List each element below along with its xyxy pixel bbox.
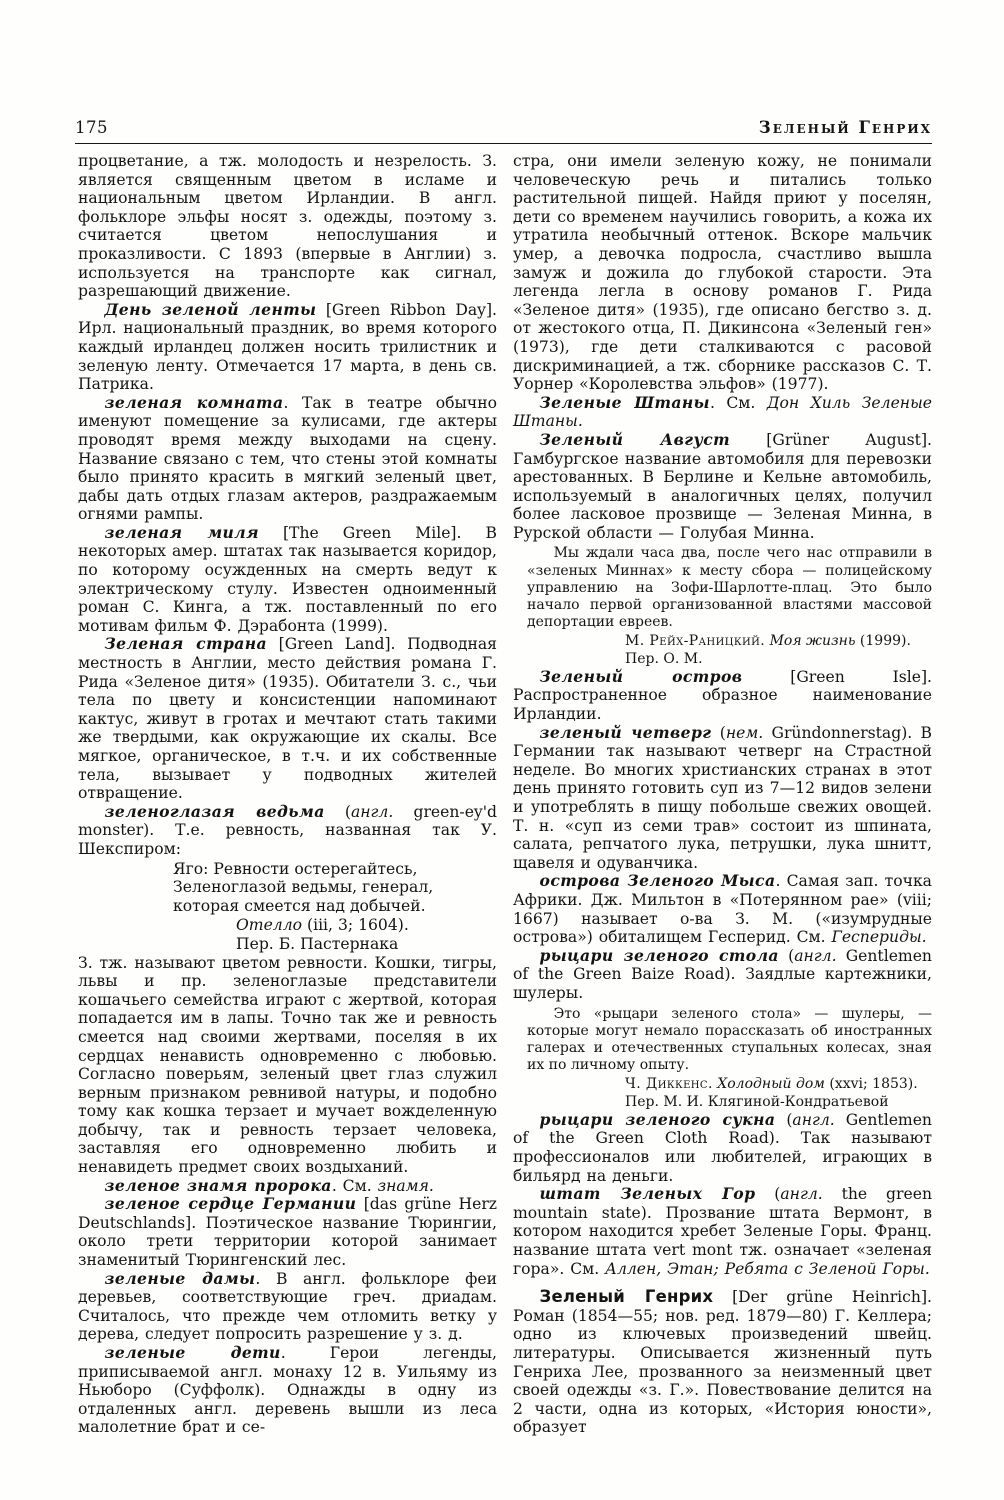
attribution-line: Отелло (iii, 3; 1604). xyxy=(236,916,497,935)
text-run: ( xyxy=(325,803,351,821)
entry-paragraph: зеленоглазая ведьма (англ. green-ey'd mo… xyxy=(78,803,497,859)
entry-paragraph: зеленые дамы. В англ. фольклоре феи дере… xyxy=(78,1270,497,1344)
italic-run: Аллен, Этан; Ребята с Зеленой Горы. xyxy=(605,1260,930,1278)
entry-paragraph: зеленое сердце Германии [das grüne Herz … xyxy=(78,1195,497,1269)
column-right: стра, они имели зеленую кожу, не понимал… xyxy=(513,152,932,1437)
entry-paragraph: рыцари зеленого стола (англ. Gentlemen o… xyxy=(513,947,932,1003)
entry-paragraph: Зеленый остров [Green Isle]. Распростран… xyxy=(513,668,932,724)
running-title: Зеленый Генрих xyxy=(759,118,932,138)
entry-paragraph: зеленые дети. Герои легенды, приписываем… xyxy=(78,1344,497,1437)
attribution-line: Пер. Б. Пастернака xyxy=(236,935,497,954)
entry-paragraph: штат Зеленых Гор (англ. the green mounta… xyxy=(513,1185,932,1278)
sub-headword: зеленая комната xyxy=(105,393,284,412)
sub-headword: острова Зеленого Мыса xyxy=(540,871,776,890)
sub-headword: Зеленые Штаны xyxy=(540,393,710,412)
entry-paragraph: З. тж. называют цветом ревности. Кошки, … xyxy=(78,954,497,1177)
small-print-quote: Это «рыцари зеленого стола» — шулеры, — … xyxy=(513,1006,932,1075)
entry-paragraph: День зеленой ленты [Green Ribbon Day]. И… xyxy=(78,301,497,394)
sub-headword: зеленый четверг xyxy=(540,723,712,742)
verse-quote: Яго: Ревности остерегайтесь,Зеленоглазой… xyxy=(78,860,497,916)
attribution-line: Пер. М. И. Клягиной-Кондратьевой xyxy=(625,1094,932,1111)
quote-attribution: Отелло (iii, 3; 1604).Пер. Б. Пастернака xyxy=(78,916,497,953)
italic-run: англ. xyxy=(792,1111,834,1129)
sub-headword: зеленые дети xyxy=(105,1343,281,1362)
quote-attribution: М. Рейх-Раницкий. Моя жизнь (1999).Пер. … xyxy=(513,633,932,667)
verse-line: Яго: Ревности остерегайтесь, xyxy=(173,860,497,879)
sub-headword: День зеленой ленты xyxy=(105,300,317,319)
text-run: . См. xyxy=(710,394,767,412)
text-run: ( xyxy=(779,947,794,965)
entry-paragraph: зеленая комната. Так в театре обычно име… xyxy=(78,394,497,524)
small-print-quote: Мы ждали часа два, после чего нас отправ… xyxy=(513,545,932,631)
entry-paragraph: Зеленые Штаны. См. Дон Хиль Зеленые Штан… xyxy=(513,394,932,431)
text-run: З. тж. называют цветом ревности. Кошки, … xyxy=(78,954,497,1177)
sub-headword: зеленоглазая ведьма xyxy=(105,802,325,821)
sub-headword: зеленая миля xyxy=(105,523,259,542)
text-run: . Так в театре обычно именуют помещение … xyxy=(78,394,497,524)
italic-run: Отелло xyxy=(236,916,302,934)
text-columns: процветание, а тж. молодость и незрелост… xyxy=(78,152,932,1437)
smallcaps-run: М. Рейх-Раницкий. xyxy=(625,633,765,649)
entry-paragraph: Зеленая страна [Green Land]. Подводная м… xyxy=(78,635,497,802)
text-run: ( xyxy=(711,724,725,742)
quote-attribution: Ч. Диккенс. Холодный дом (xxvi; 1853).Пе… xyxy=(513,1076,932,1110)
text-run: Мы ждали часа два, после чего нас отправ… xyxy=(527,545,932,630)
entry-paragraph: процветание, а тж. молодость и незрелост… xyxy=(78,152,497,301)
italic-run: Моя жизнь xyxy=(770,633,856,649)
text-run: [Green Land]. Подводная местность в Англ… xyxy=(78,635,497,802)
sub-headword: зеленые дамы xyxy=(105,1269,256,1288)
attribution-line: М. Рейх-Раницкий. Моя жизнь (1999). xyxy=(625,633,932,650)
italic-run: знамя. xyxy=(378,1177,434,1195)
entry-paragraph: зеленая миля [The Green Mile]. В некотор… xyxy=(78,524,497,636)
entry-paragraph: острова Зеленого Мыса. Самая зап. точка … xyxy=(513,872,932,946)
italic-run: англ. xyxy=(351,803,393,821)
text-run: (xxvi; 1853). xyxy=(825,1076,918,1092)
text-run: Пер. Б. Пастернака xyxy=(236,935,398,953)
entry-paragraph: Зеленый Август [Grüner August]. Гамбургс… xyxy=(513,431,932,543)
header-rule xyxy=(75,143,932,144)
sub-headword: Зеленая страна xyxy=(105,634,268,653)
sub-headword: штат Зеленых Гор xyxy=(540,1184,756,1203)
text-run: (iii, 3; 1604). xyxy=(302,916,409,934)
page-header: 175 Зеленый Генрих xyxy=(75,118,932,138)
italic-run: англ. xyxy=(794,947,836,965)
italic-run: Геспериды. xyxy=(832,928,927,946)
text-run: . См. xyxy=(332,1177,378,1195)
verse-line: Зеленоглазой ведьмы, генерал, xyxy=(173,878,497,897)
entry-paragraph: зеленый четверг (нем. Gründonnerstag). В… xyxy=(513,724,932,873)
text-run: (1999). xyxy=(855,633,910,649)
entry-headword: Зеленый Генрих xyxy=(540,1287,714,1306)
attribution-line: Ч. Диккенс. Холодный дом (xxvi; 1853). xyxy=(625,1076,932,1093)
sub-headword: Зеленый остров xyxy=(540,667,743,686)
attribution-line: Пер. О. М. xyxy=(625,651,932,668)
sub-headword: рыцари зеленого стола xyxy=(540,946,779,965)
text-run: Это «рыцари зеленого стола» — шулеры, — … xyxy=(527,1006,932,1074)
text-run: ( xyxy=(755,1185,780,1203)
text-run: ( xyxy=(775,1111,792,1129)
smallcaps-run: Ч. Диккенс. xyxy=(625,1076,713,1092)
italic-run: англ. xyxy=(780,1185,822,1203)
italic-run: Холодный дом xyxy=(717,1076,825,1092)
italic-run: нем. xyxy=(726,724,763,742)
sub-headword: рыцари зеленого сукна xyxy=(540,1110,776,1129)
sub-headword: Зеленый Август xyxy=(540,430,730,449)
text-run: Пер. М. И. Клягиной-Кондратьевой xyxy=(625,1094,889,1110)
entry-paragraph: стра, они имели зеленую кожу, не понимал… xyxy=(513,152,932,394)
text-run: Gründonnerstag). В Германии так называют… xyxy=(513,724,932,872)
sub-headword: зеленое сердце Германии xyxy=(105,1194,357,1213)
entry-paragraph: Зеленый Генрих [Der grüne Heinrich]. Ром… xyxy=(513,1288,932,1437)
page-number: 175 xyxy=(75,118,108,138)
text-run: стра, они имели зеленую кожу, не понимал… xyxy=(513,152,932,393)
entry-paragraph: рыцари зеленого сукна (англ. Gentlemen o… xyxy=(513,1111,932,1185)
text-run: Пер. О. М. xyxy=(625,651,703,667)
dictionary-page: 175 Зеленый Генрих процветание, а тж. мо… xyxy=(0,0,1004,1500)
text-run: процветание, а тж. молодость и незрелост… xyxy=(78,152,497,300)
verse-line: которая смеется над добычей. xyxy=(173,897,497,916)
sub-headword: зеленое знамя пророка xyxy=(105,1176,332,1195)
entry-paragraph: зеленое знамя пророка. См. знамя. xyxy=(78,1177,497,1196)
column-left: процветание, а тж. молодость и незрелост… xyxy=(78,152,497,1437)
text-run: [Der grüne Heinrich]. Роман (1854—55; но… xyxy=(513,1288,932,1436)
